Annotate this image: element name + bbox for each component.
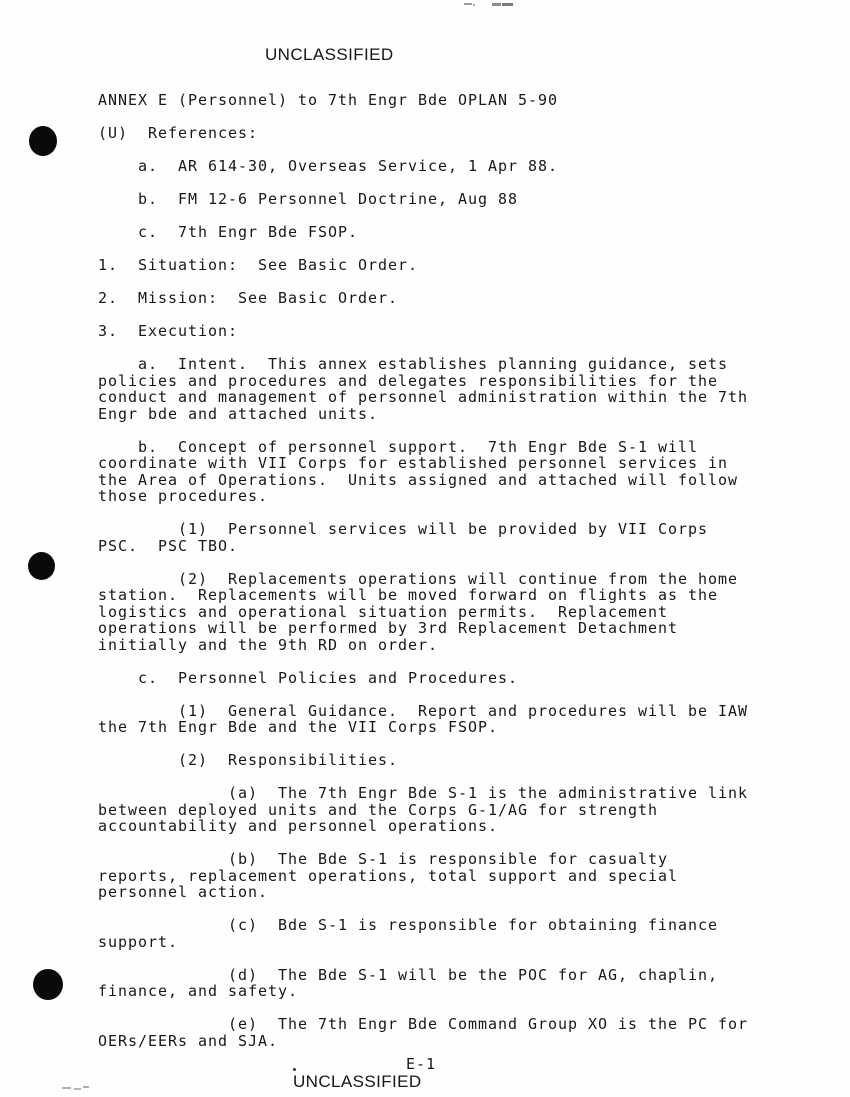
- hole-punch-top: [29, 126, 57, 156]
- scan-artifact-dot: [473, 4, 475, 6]
- scan-artifact-dash: [74, 1088, 81, 1090]
- hole-punch-middle: [28, 552, 55, 580]
- page-number: E-1: [406, 1057, 436, 1072]
- scan-artifact-speck: [293, 1068, 296, 1071]
- hole-punch-bottom: [33, 969, 63, 1000]
- scan-artifact-dash: [502, 3, 513, 6]
- scan-artifact-dash: [464, 3, 472, 5]
- scan-artifact-dash: [83, 1086, 89, 1088]
- scan-artifact-dash: [62, 1087, 71, 1089]
- scanned-document-page: UNCLASSIFIED ANNEX E (Personnel) to 7th …: [0, 0, 850, 1097]
- classification-banner-bottom: UNCLASSIFIED: [293, 1073, 422, 1090]
- document-body-text: ANNEX E (Personnel) to 7th Engr Bde OPLA…: [98, 92, 748, 1049]
- classification-banner-top: UNCLASSIFIED: [265, 46, 394, 63]
- scan-artifact-dash: [492, 3, 501, 6]
